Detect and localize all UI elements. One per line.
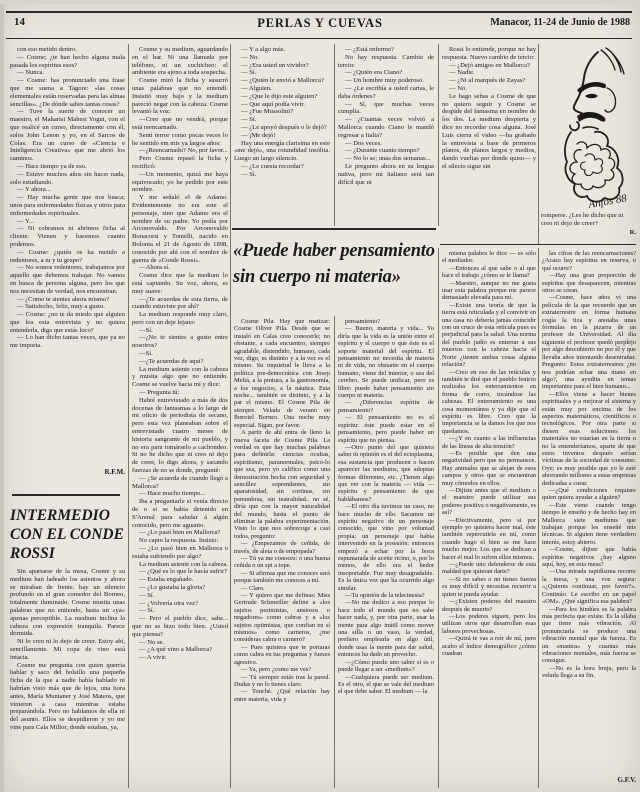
paragraph: —Los poderes siguen, pero los utilizan o… <box>442 613 536 635</box>
paragraph: con eso metido dentro. <box>10 46 125 54</box>
paragraph: — ¿Le gustaba la gloria? <box>132 584 228 592</box>
paragraph: — Hay mucha gente que nos busca; unos pa… <box>10 194 125 217</box>
column-rule <box>538 248 539 788</box>
paragraph: —Tu opinión de la telecinesia? <box>338 592 434 599</box>
paragraph: — Lo han dicho tantas veces, que ya no m… <box>10 334 125 350</box>
paragraph: Cosme me pregunta con quien querría habl… <box>10 662 125 732</box>
paragraph: —Entonces al que sabe o al que hace el t… <box>442 265 536 280</box>
paragraph: —¿Puede uno defenderse de esta maldad qu… <box>442 561 536 576</box>
paragraph: Le hago señas a Cosme de que no quiero s… <box>442 93 536 171</box>
column-rule <box>230 44 231 788</box>
paragraph: — Alguien. <box>234 85 330 93</box>
paragraph: —Efectivamente, pero si por ejemplo yo q… <box>442 517 536 561</box>
paragraph: — Y... <box>10 218 125 226</box>
paragraph: — Cosme: ¿no te da miedo que alguien que… <box>10 311 125 334</box>
closing-word: romperse. <box>541 212 567 219</box>
paragraph: Habré entrevistado a más de dos docenas … <box>132 397 228 475</box>
paragraph: Iba a preguntarle si venía directo de o … <box>132 498 228 529</box>
column-3-dialogue: — Y a algo más.— No.— ¿Era usted un vivi… <box>234 46 330 226</box>
paragraph: — ¿Quién le envió a Mallorca? <box>234 77 330 85</box>
paragraph: —Una mirada rapidísima recorre la mesa, … <box>542 568 636 605</box>
scan-edge <box>0 0 4 792</box>
paragraph: —¿Qué condiciones requiere quien quiera … <box>542 487 636 502</box>
paragraph: —Creo en eso de las retículas y también … <box>442 369 536 436</box>
paragraph: las cifras de las reencarnaciones? ¿Acas… <box>542 250 636 272</box>
paragraph: — Tú ya me conoces: o una buena ceñida o… <box>234 555 330 570</box>
paragraph: Hay una energía clarisima en este «me de… <box>234 140 330 163</box>
paragraph: Cosme y su medium, aguardando en el bar.… <box>132 46 228 77</box>
paragraph: — ¿Era usted un vividor? <box>234 62 330 70</box>
column-rule <box>334 316 335 788</box>
paragraph: — Si afirmas que me conoces será porque … <box>234 570 330 585</box>
paragraph: — Pero el pueblo dice, sabe... que no se… <box>132 615 228 638</box>
paragraph: — ¿A qué vino a Mallorca? <box>132 646 228 654</box>
bearded-man-profile-drawing: Anfos 88 <box>541 44 636 212</box>
paragraph: — ¿Que le dijo este alguien? <box>234 93 330 101</box>
paragraph: No capto la respuesta. Insisto: <box>132 537 228 545</box>
paragraph: —Otro punto del que quisiera saber tú op… <box>338 444 434 503</box>
paragraph: —Cualquiera puede ser medium. Es el otro… <box>338 674 434 696</box>
paragraph: Cosme Pila. Hay que matizar: Cosme Olive… <box>234 318 330 429</box>
paragraph: — Dos veces. <box>338 140 434 148</box>
interview-closing-text: romperse. ¿Les he dicho que ni creo ni d… <box>541 212 636 236</box>
paragraph: — ¿Se acuerda de cuando llegó a Mallorca… <box>132 475 228 491</box>
paragraph: —Hay una gran proporción de espíritus qu… <box>542 272 636 294</box>
author-initial-r: R. <box>541 229 636 237</box>
paragraph: —Si no sabes o no tienes fuerza es muy d… <box>442 576 536 598</box>
paragraph: — No. <box>442 85 536 93</box>
article-headline: «Puede haber pensamiento sin cuerpo ni m… <box>233 238 437 314</box>
paragraph: — Pues quisiera que te portaras como cab… <box>234 644 330 666</box>
paragraph: — Bueno, materia y vida... Yo diría que … <box>338 325 434 399</box>
portrait-sketch-illustration: Anfos 88 <box>541 44 636 212</box>
paragraph: —El otro día tuvimos un caso, no hace mu… <box>338 503 434 592</box>
paragraph: — ¿Le apoyó después o le dejó? <box>234 124 330 132</box>
paragraph: — ¿Lo pasó bien en Mallorca o estaba suf… <box>132 545 228 561</box>
paragraph: La medium asiente con la cabeza. <box>132 561 228 569</box>
scan-edge <box>0 0 640 4</box>
paragraph: —¿Te acuerdas de aquí? <box>132 358 228 366</box>
paragraph: —Cosme, dijiste que había espíritus nega… <box>542 546 636 568</box>
paragraph: — Satisfecho, feliz, muy a gusto. <box>10 303 125 311</box>
paragraph: — ¿Ni al marqués de Zayas? <box>442 77 536 85</box>
paragraph: Rossi lo entiende, porque no hay respues… <box>442 46 536 62</box>
column-1-interview-end: con eso metido dentro.— Cosme; ¿te han h… <box>10 46 125 470</box>
column-rule <box>438 248 439 788</box>
intermedio-section-title: INTERMEDIO CON EL CONDE ROSSI <box>10 506 128 563</box>
column-rule <box>438 44 439 226</box>
paragraph: — A vivir. <box>132 654 228 662</box>
paragraph: — Que aquí podía vivir. <box>234 101 330 109</box>
article-column-b: pensamiento?— Bueno, materia y vida... Y… <box>338 318 434 788</box>
paragraph: — Y a algo más. <box>234 46 330 54</box>
column-rule <box>128 44 129 788</box>
paragraph: — Sí. <box>234 171 330 179</box>
paragraph: —Dijiste antes que el medium o el maestr… <box>442 487 536 517</box>
paragraph: — ¿Como te sientes ahora mismo? <box>10 296 125 304</box>
paragraph: — ¿Durante cuanto tiempo? <box>338 147 434 155</box>
section-divider-rule <box>12 494 120 496</box>
paragraph: — ¿Le cuesta recordar? <box>234 163 330 171</box>
paragraph: — Hace mucho tiempo... <box>132 490 228 498</box>
paragraph: —Un momento, quizá me haya equivocado; y… <box>132 171 228 194</box>
author-initials-gfv: G.F.V. <box>542 776 636 784</box>
paragraph: — Un hombre muy poderoso. <box>338 77 434 85</box>
author-initials-rfm: R.F.M. <box>10 468 125 476</box>
paragraph: — Cosme: ¿quién os ha metido a redentore… <box>10 249 125 265</box>
paragraph: —Sí. <box>132 350 228 358</box>
paragraph: — Sí. <box>234 116 330 124</box>
paragraph: —¿Reencarnado? No, por favor... <box>132 147 228 155</box>
paragraph: —No me dedico a eso porque lo hace todo … <box>338 599 434 658</box>
paragraph: A partir de ahí entra de lleno la nueva … <box>234 429 330 540</box>
paragraph: — Tuve la suerte de conocer un maestro, … <box>10 108 125 163</box>
column-2-seance: Cosme y su medium, aguardando en el bar.… <box>132 46 228 788</box>
paragraph: —¿No te sientes a gusto entre nosotros? <box>132 334 228 350</box>
header-top-rule <box>6 11 632 13</box>
paragraph: —Ellos viene a hacer bienes espirituales… <box>542 391 636 487</box>
article-top-rule <box>232 228 436 230</box>
paragraph: — Y quiero que me definas: Miss Gertrude… <box>234 592 330 644</box>
column-1-intermedio-body: Sin apartarse de la mesa, Cosme y su med… <box>10 568 125 788</box>
column-rule <box>538 44 539 244</box>
paragraph: — No. <box>234 54 330 62</box>
paragraph: Cosme dice que la medium lo está captand… <box>132 272 228 295</box>
paragraph: — ¿Lo pasó bien en Mallorca? <box>132 529 228 537</box>
paragraph: —Maestro, aunque no me gusta usar esta p… <box>442 280 536 302</box>
paragraph: — ¿Empezamos de ceñida, de través, de al… <box>234 540 330 555</box>
column-4-dialogue: — ¿Está enfermo?No hay respuesta. Cambio… <box>338 46 434 226</box>
article-column-c: misma palabra lo dice — es sólo el media… <box>442 250 536 788</box>
paragraph: — ¿Quién era Ciano? <box>338 69 434 77</box>
paragraph: —Ahora sí. <box>132 264 228 272</box>
artist-signature: Anfos 88 <box>586 192 628 211</box>
paragraph: misma palabra lo dice — es sólo el media… <box>442 250 536 265</box>
header-bottom-rule <box>6 38 632 39</box>
column-rule <box>334 44 335 226</box>
paragraph: La medium responde muy claro, pero con u… <box>132 311 228 327</box>
paragraph: — Y ahora... <box>10 186 125 194</box>
paragraph: Pero Cosme repasó la ficha y rectificó: <box>132 155 228 171</box>
article-column-d: las cifras de las reencarnaciones? ¿Acas… <box>542 250 636 774</box>
paragraph: —Es posible que den una negatividad pero… <box>442 450 536 487</box>
paragraph: —Quizá te vas a reír de mí, pero acabo e… <box>442 635 536 657</box>
paragraph: — No somos redentores, trabajamos por aq… <box>10 264 125 295</box>
paragraph: — Cosme: has pronunciado una frase que m… <box>10 77 125 108</box>
paragraph: — ¿Volvería otra vez? <box>132 600 228 608</box>
paragraph: — Tú siempre estás tras la pared. Dudas … <box>234 674 330 689</box>
paragraph: — ¡Me dejó! <box>234 132 330 140</box>
paragraph: — Claro. <box>234 585 330 592</box>
paragraph: —¿Existen poderes del maestro después de… <box>442 598 536 613</box>
paragraph: Ni lo creo ni lo dejo de creer. Estoy ah… <box>10 638 125 661</box>
paragraph: — ¿Cuantas veces volvió a Mallorca cuand… <box>338 116 434 139</box>
newspaper-page: 14 PERLAS Y CUEVAS Manacor, 11-24 de Jun… <box>0 0 640 792</box>
paragraph: Cosme miró la ficha y susurró unas palab… <box>132 77 228 116</box>
paragraph: —Sí. <box>132 327 228 335</box>
article-right-rule <box>440 244 636 245</box>
paragraph: —Para los hindúes es la palabra más perf… <box>542 606 636 665</box>
column-5-dialogue: Rossi lo entiende, porque no hay respues… <box>442 46 536 218</box>
paragraph: — ¿Diferencias espíritu de pensamiento? <box>338 399 434 414</box>
paragraph: — Sí, que muchas veces cumplía. <box>338 101 434 117</box>
paragraph: —Este viene cuando tengo tiempo le enseñ… <box>542 502 636 546</box>
paragraph: — No lo se; unas dos semanas... <box>338 155 434 163</box>
paragraph: — Estaba engañado. <box>132 576 228 584</box>
paragraph: Y me señaló el de Adamo. Evidentemente n… <box>132 194 228 264</box>
paragraph: —Cosme, hace años ví una película de la … <box>542 294 636 390</box>
paragraph: —Existe una teoría de que la tierra está… <box>442 302 536 369</box>
paragraph: — ¿Fue Mussolini? <box>234 108 330 116</box>
paragraph: — ¿Le escribía a usted cartas, le daba ó… <box>338 85 434 101</box>
paragraph: —¿Y en cuanto a las influencias de las l… <box>442 435 536 450</box>
paragraph: —No es la hora bruja, pero la velada lle… <box>542 665 636 680</box>
paragraph: — Cosme; ¿te han hecho alguna mala pasad… <box>10 54 125 70</box>
paragraph: — Touché. ¿Qué relación hay entre materi… <box>234 688 330 703</box>
paragraph: — Nadie. <box>442 69 536 77</box>
paragraph: — El pensamiento no es el espíritu: éste… <box>338 414 434 444</box>
paragraph: pensamiento? <box>338 318 434 325</box>
paragraph: — Sí. <box>132 592 228 600</box>
paragraph: — Sí. <box>234 69 330 77</box>
paragraph: Le pregunto ahora en su lengua nativa, p… <box>338 163 434 186</box>
paragraph: Sentí terror como pocas veces lo he sent… <box>132 132 228 148</box>
paragraph: — ¿Dejó amigos en Mallorca? <box>442 62 536 70</box>
paragraph: — Estuve muchos años sin hacer nada, sol… <box>10 171 125 187</box>
paragraph: — No se. <box>132 639 228 647</box>
paragraph: — ¿Qué es lo que le hacía sufrir? <box>132 568 228 576</box>
paragraph: —¿Te acuerdas de esta tierra, de cuando … <box>132 296 228 312</box>
paragraph: La medium asiente con la cabeza y musita… <box>132 366 228 389</box>
paragraph: — Pregunta tú: <box>132 389 228 397</box>
paragraph: — Nunca. <box>10 69 125 77</box>
paragraph: — Sí. <box>132 607 228 615</box>
paragraph: — Ni cobramos ni abrimos ficha al client… <box>10 225 125 248</box>
paragraph: —¿Cómo puede uno saber si es o puede lle… <box>338 659 434 674</box>
paragraph: Sin apartarse de la mesa, Cosme y su med… <box>10 568 125 638</box>
issue-date: Manacor, 11-24 de Junio de 1988 <box>490 17 630 28</box>
paragraph: — Ya, pero ¿como me ves? <box>234 666 330 673</box>
paragraph: — ¿Está enfermo? <box>338 46 434 54</box>
paragraph: — Hace tiempo ya de eso. <box>10 163 125 171</box>
paragraph: —Creo que no vendrá, porque está reencar… <box>132 116 228 132</box>
paragraph: No hay respuesta. Cambio de tercio: <box>338 54 434 70</box>
article-column-a: Cosme Pila. Hay que matizar: Cosme Olive… <box>234 318 330 788</box>
